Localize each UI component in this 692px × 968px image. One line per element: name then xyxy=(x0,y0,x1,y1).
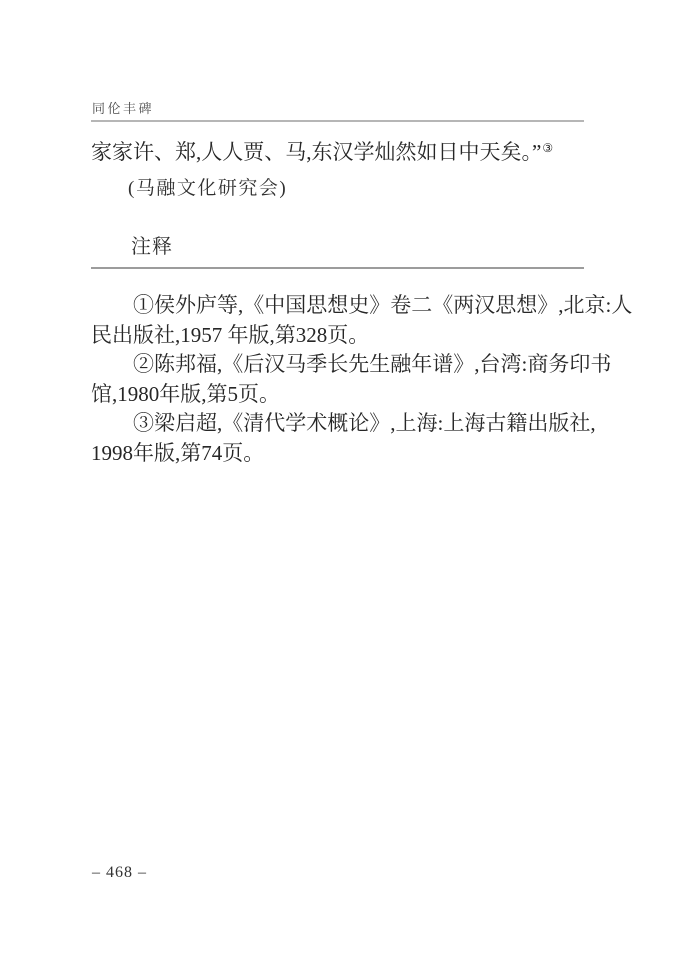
footnote-3-line-2: 1998年版,第74页。 xyxy=(91,439,603,469)
footnote-3-line-1: ③梁启超,《清代学术概论》,上海:上海古籍出版社, xyxy=(91,409,603,439)
page-number: – 468 – xyxy=(92,864,147,882)
quote-paragraph: 家家许、郑,人人贾、马,东汉学灿然如日中天矣。”③ xyxy=(91,140,553,165)
footnote-reference-3-icon: ③ xyxy=(542,141,553,155)
header-rule xyxy=(91,120,584,122)
attribution: (马融文化研究会) xyxy=(91,173,287,200)
running-head: 同伦丰碑 xyxy=(92,98,154,117)
book-page: 同伦丰碑 家家许、郑,人人贾、马,东汉学灿然如日中天矣。”③ (马融文化研究会)… xyxy=(0,0,692,968)
footnote-2-line-2: 馆,1980年版,第5页。 xyxy=(91,380,603,410)
notes-heading: 注释 xyxy=(131,230,173,259)
quote-text: 家家许、郑,人人贾、马,东汉学灿然如日中天矣。” xyxy=(91,140,541,164)
notes-rule xyxy=(91,267,584,269)
footnotes-block: ①侯外庐等,《中国思想史》卷二《两汉思想》,北京:人 民出版社,1957 年版,… xyxy=(91,291,603,468)
footnote-2-line-1: ②陈邦福,《后汉马季长先生融年谱》,台湾:商务印书 xyxy=(91,350,603,380)
footnote-1-line-2: 民出版社,1957 年版,第328页。 xyxy=(91,321,603,351)
footnote-1-line-1: ①侯外庐等,《中国思想史》卷二《两汉思想》,北京:人 xyxy=(91,291,603,321)
